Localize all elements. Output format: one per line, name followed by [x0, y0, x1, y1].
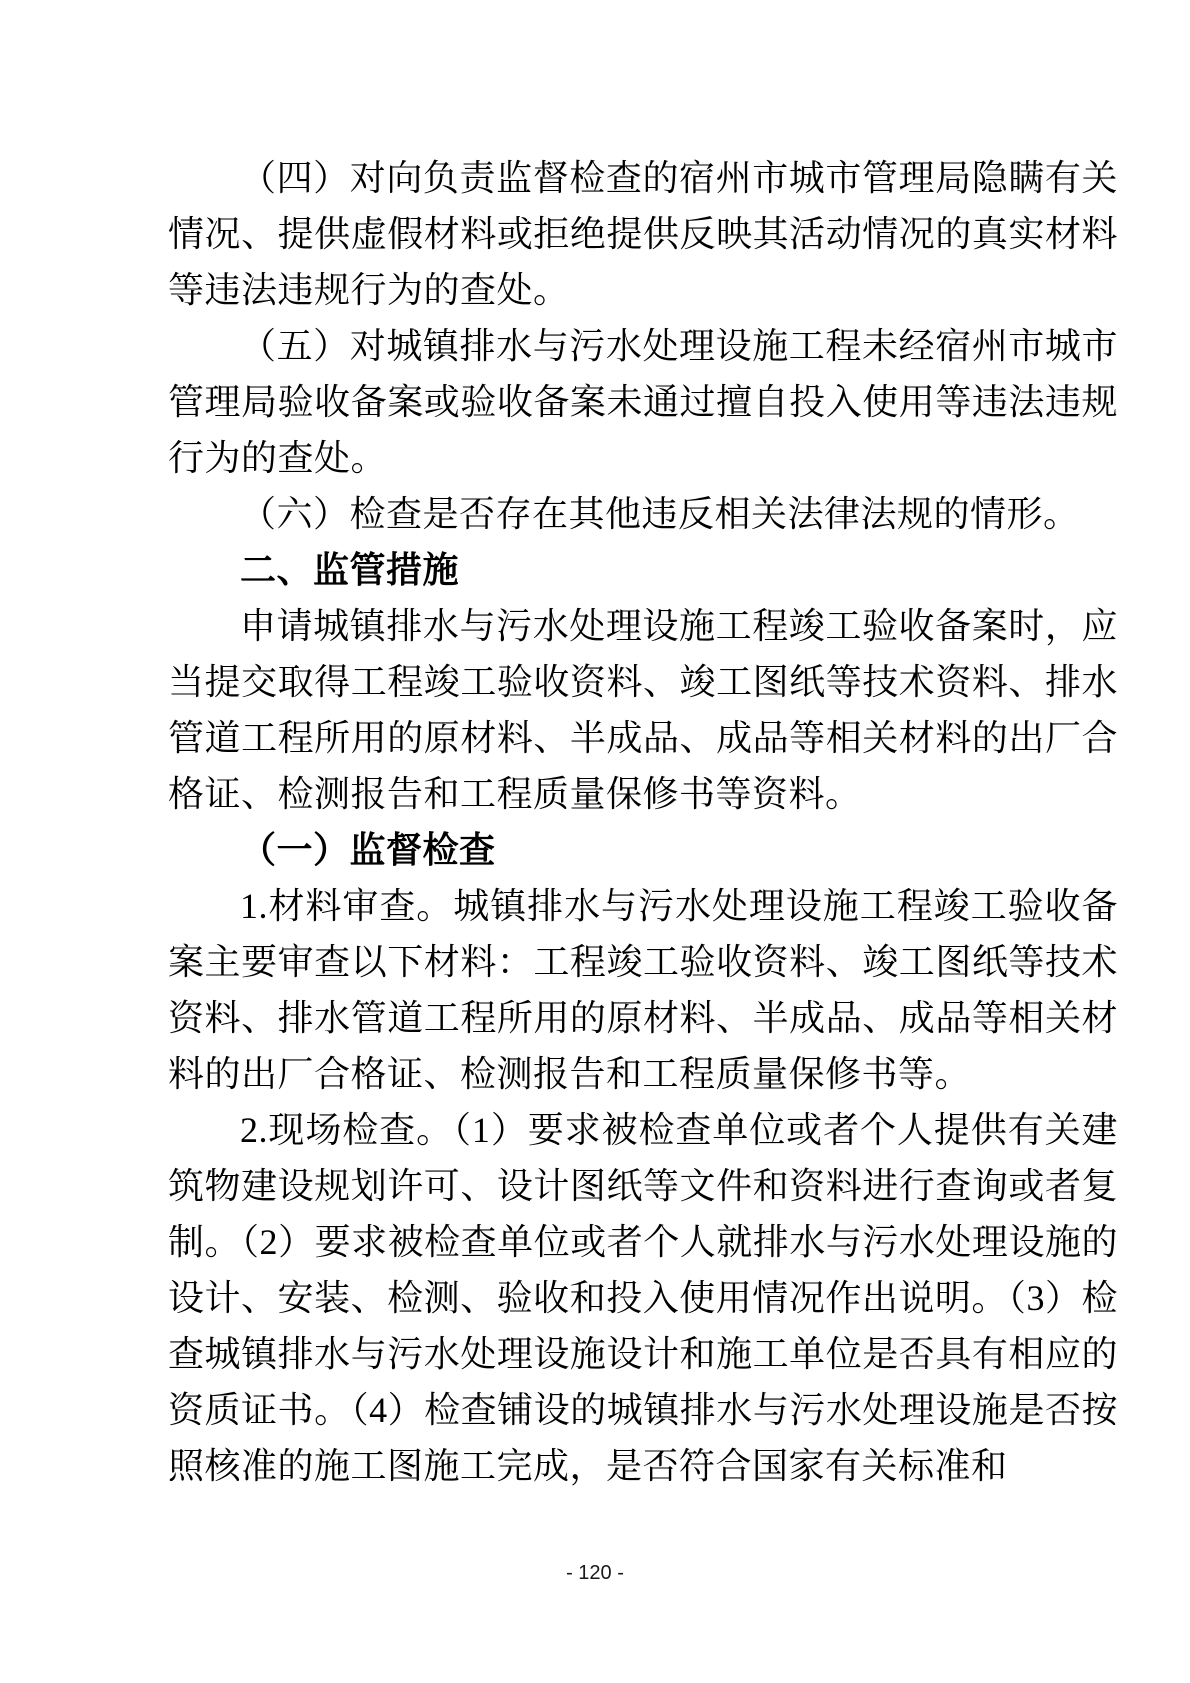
paragraph-item-6: （六）检查是否存在其他违反相关法律法规的情形。 [168, 486, 1118, 542]
subsection-heading-supervision-inspection: （一）监督检查 [168, 822, 1118, 878]
section-heading-regulatory-measures: 二、监管措施 [168, 542, 1118, 598]
paragraph-filing-application: 申请城镇排水与污水处理设施工程竣工验收备案时，应当提交取得工程竣工验收资料、竣工… [168, 598, 1118, 822]
paragraph-site-inspection: 2.现场检查。（1）要求被检查单位或者个人提供有关建筑物建设规划许可、设计图纸等… [168, 1102, 1118, 1494]
document-page: （四）对向负责监督检查的宿州市城市管理局隐瞒有关情况、提供虚假材料或拒绝提供反映… [0, 0, 1190, 1683]
paragraph-item-4: （四）对向负责监督检查的宿州市城市管理局隐瞒有关情况、提供虚假材料或拒绝提供反映… [168, 150, 1118, 318]
paragraph-material-review: 1.材料审查。城镇排水与污水处理设施工程竣工验收备案主要审查以下材料：工程竣工验… [168, 878, 1118, 1102]
document-content: （四）对向负责监督检查的宿州市城市管理局隐瞒有关情况、提供虚假材料或拒绝提供反映… [168, 150, 1118, 1494]
paragraph-item-5: （五）对城镇排水与污水处理设施工程未经宿州市城市管理局验收备案或验收备案未通过擅… [168, 318, 1118, 486]
page-number: - 120 - [0, 1561, 1190, 1585]
